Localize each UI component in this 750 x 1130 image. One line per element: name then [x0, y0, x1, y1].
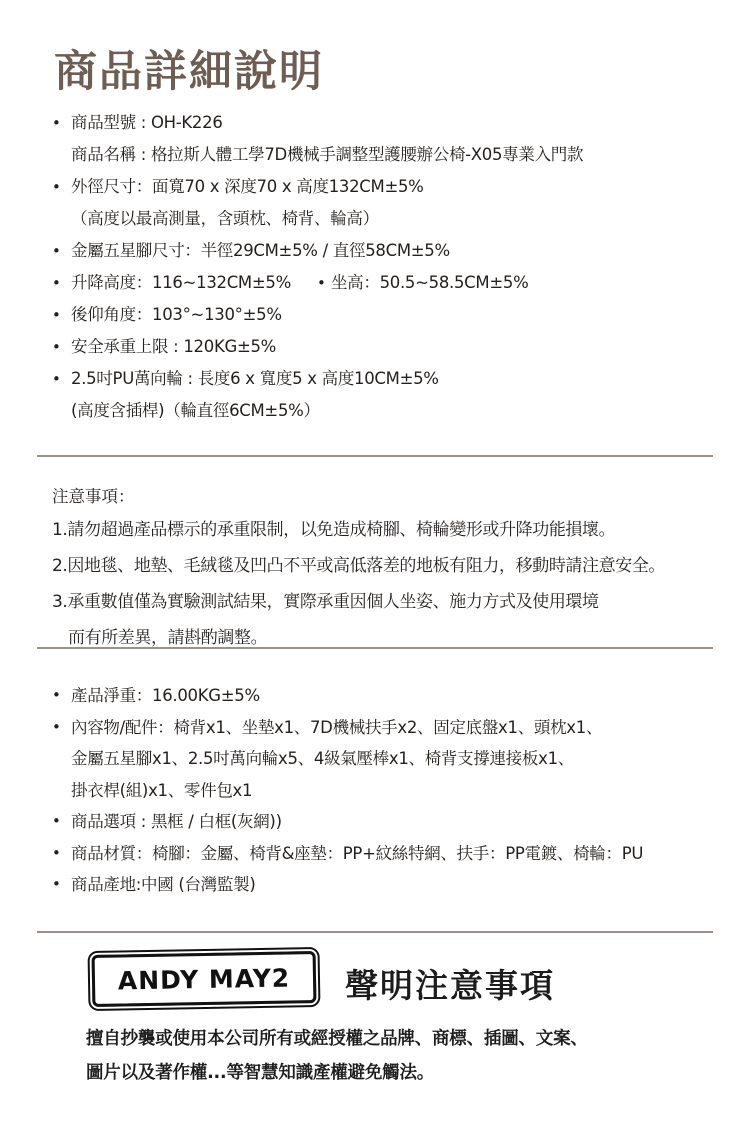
note-item-continued: 而有所差異，請斟酌調整。 — [52, 620, 742, 656]
spec-casters-note: (高度含插桿)（輪直徑6CM±5%） — [52, 395, 732, 427]
spec-max-load: 安全承重上限 : 120KG±5% — [52, 331, 732, 363]
note-item: 1.請勿超過產品標示的承重限制，以免造成椅腳、椅輪變形或升降功能損壞。 — [52, 512, 742, 548]
andy-may2-logo: ANDY MAY2 — [92, 951, 317, 1007]
declaration-title: 聲明注意事項 — [345, 960, 555, 1007]
spec-list: 商品型號 : OH-K226 商品名稱 : 格拉斯人體工學7D機械手調整型護腰辦… — [52, 107, 732, 427]
spec-contents-cont: 金屬五星腳x1、2.5吋萬向輪x5、4級氣壓棒x1、椅背支撐連接板x1、 — [52, 743, 742, 775]
notes-heading: 注意事項： — [52, 482, 742, 512]
spec-contents-cont: 掛衣桿(組)x1、零件包x1 — [52, 775, 742, 807]
disclaimer: 擅自抄襲或使用本公司所有或經授權之品牌、商標、插圖、文案、 圖片以及著作權...… — [86, 1022, 588, 1090]
spec-lift-height: 升降高度：116~132CM±5%坐高：50.5~58.5CM±5% — [52, 267, 732, 299]
spec-contents: 內容物/配件：椅背x1、坐墊x1、7D機械扶手x2、固定底盤x1、頭枕x1、 — [52, 712, 742, 744]
note-item: 2.因地毯、地墊、毛絨毯及凹凸不平或高低落差的地板有阻力，移動時請注意安全。 — [52, 548, 742, 584]
note-item: 3.承重數值僅為實驗測試結果，實際承重因個人坐姿、施力方式及使用環境 — [52, 584, 742, 620]
spec-base-size: 金屬五星腳尺寸：半徑29CM±5% / 直徑58CM±5% — [52, 235, 732, 267]
spec-dimensions: 外徑尺寸：面寬70 x 深度70 x 高度132CM±5% — [52, 171, 732, 203]
notes-section: 注意事項： 1.請勿超過產品標示的承重限制，以免造成椅腳、椅輪變形或升降功能損壞… — [52, 482, 742, 656]
spec-list-2: 產品淨重：16.00KG±5% 內容物/配件：椅背x1、坐墊x1、7D機械扶手x… — [52, 680, 742, 901]
spec-options: 商品選項 : 黑框 / 白框(灰網)) — [52, 806, 742, 838]
divider — [37, 931, 713, 933]
page-title: 商品詳細說明 — [54, 38, 324, 99]
spec-origin: 商品產地:中國 (台灣監製) — [52, 869, 742, 901]
spec-seat-height: 坐高：50.5~58.5CM±5% — [317, 273, 528, 292]
brand-logo: ANDY MAY2 — [88, 953, 316, 1005]
divider — [37, 455, 713, 457]
spec-name: 商品名稱 : 格拉斯人體工學7D機械手調整型護腰辦公椅-X05專業入門款 — [52, 139, 732, 171]
spec-dimensions-note: （高度以最高測量，含頭枕、椅背、輪高） — [52, 203, 732, 235]
spec-recline-angle: 後仰角度：103°~130°±5% — [52, 299, 732, 331]
disclaimer-line: 圖片以及著作權...等智慧知識產權避免觸法。 — [86, 1056, 588, 1090]
divider — [37, 647, 713, 649]
disclaimer-line: 擅自抄襲或使用本公司所有或經授權之品牌、商標、插圖、文案、 — [86, 1022, 588, 1056]
spec-casters: 2.5吋PU萬向輪 : 長度6 x 寬度5 x 高度10CM±5% — [52, 363, 732, 395]
spec-materials: 商品材質：椅腳：金屬、椅背&座墊：PP+紋絲特網、扶手：PP電鍍、椅輪：PU — [52, 838, 742, 870]
spec-net-weight: 產品淨重：16.00KG±5% — [52, 680, 742, 712]
spec-model: 商品型號 : OH-K226 — [52, 107, 732, 139]
